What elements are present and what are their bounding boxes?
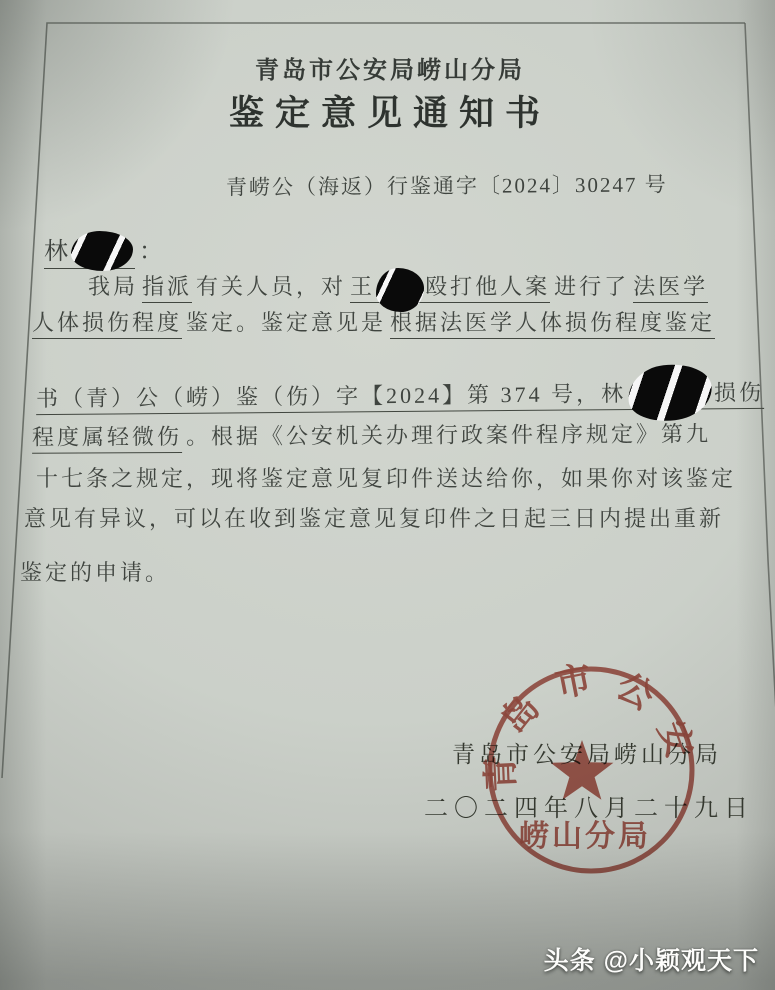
official-seal: 青岛市公安局 崂山分局 — [0, 0, 775, 990]
form-border — [0, 0, 775, 990]
document-title: 鉴定意见通知书 — [0, 86, 775, 136]
form-blank-opinion: 根据法医学人体损伤程度鉴定 — [390, 310, 715, 339]
addressee-name: 林 — [44, 239, 135, 269]
form-blank-appraisal-type-cont: 人体损伤程度 — [32, 310, 182, 339]
body-line-6: 意见有异议，可以在收到鉴定意见复印件之日起三日内提出重新 — [24, 502, 724, 533]
document-number: 青崂公（海返）行鉴通字〔2024〕30247 号 — [226, 168, 668, 201]
text-segment: 损伤 — [714, 380, 764, 405]
text-segment: 。根据《公安机关办理行政案件程序规定》第九 — [186, 421, 711, 449]
addressee-surname: 林 — [44, 239, 71, 265]
case-description: 殴打他人案 — [425, 274, 550, 299]
addressee-line: 林： — [40, 231, 166, 271]
signature-agency: 青岛市公安局崂山分局 — [452, 736, 722, 769]
body-line-4: 程度属轻微伤。根据《公安机关办理行政案件程序规定》第九 — [28, 417, 711, 452]
redaction-mark — [625, 360, 715, 425]
watermark: 头条 @小颖观天下 — [544, 941, 759, 977]
signature-date: 二〇二四年八月二十九日 — [424, 788, 754, 823]
case-surname: 王 — [350, 274, 375, 299]
redaction-mark — [71, 231, 133, 271]
body-line-2: 人体损伤程度鉴定。鉴定意见是根据法医学人体损伤程度鉴定 — [28, 306, 719, 337]
text-segment: 有关人员，对 — [196, 274, 346, 299]
text-segment: 书（青）公（崂）鉴（伤）字【2024】第 374 号，林 — [36, 381, 626, 411]
text-segment: 进行了 — [554, 274, 629, 299]
seal-bottom-text: 崂山分局 — [519, 820, 651, 853]
body-line-5: 十七条之规定，现将鉴定意见复印件送达给你，如果你对该鉴定 — [36, 462, 736, 493]
form-blank-opinion-cont: 书（青）公（崂）鉴（伤）字【2024】第 374 号，林损伤 — [36, 380, 764, 415]
form-blank-appointed: 指派 — [142, 274, 192, 303]
document-photo: 青岛市公安局崂山分局 鉴定意见通知书 青崂公（海返）行鉴通字〔2024〕3024… — [0, 0, 775, 990]
text-segment: 我局 — [88, 274, 138, 299]
seal-ring — [490, 669, 692, 871]
text-segment: 鉴定。鉴定意见是 — [186, 310, 386, 335]
form-blank-appraisal-type: 法医学 — [633, 274, 708, 303]
addressee-colon: ： — [139, 239, 166, 265]
body-line-7: 鉴定的申请。 — [20, 556, 170, 587]
issuing-agency-header: 青岛市公安局崂山分局 — [0, 50, 775, 85]
form-blank-opinion-end: 程度属轻微伤 — [32, 424, 182, 454]
form-blank-case-name: 王殴打他人案 — [350, 274, 550, 303]
